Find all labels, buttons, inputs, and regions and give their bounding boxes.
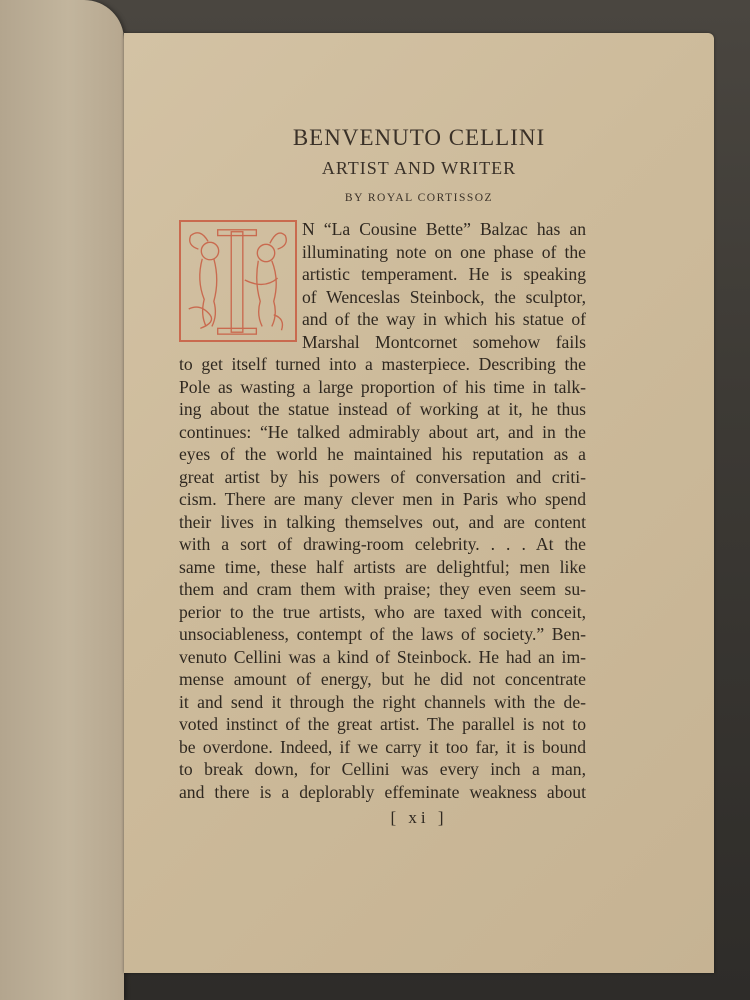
text-line: of Wenceslas Steinbock, the sculptor, [179, 286, 586, 309]
page-number: [ xi ] [124, 808, 714, 828]
left-page-edge [0, 0, 124, 1000]
page-subtitle: ARTIST AND WRITER [124, 158, 714, 179]
page-title: BENVENUTO CELLINI [124, 125, 714, 151]
text-line: perior to the true artists, who are taxe… [179, 601, 586, 624]
text-line: and there is a deplorably effeminate wea… [179, 781, 586, 804]
text-line: artistic temperament. He is speaking [179, 263, 586, 286]
text-line: venuto Cellini was a kind of Steinbock. … [179, 646, 586, 669]
text-line: and of the way in which his statue of [179, 308, 586, 331]
text-line: Marshal Montcornet somehow fails [179, 331, 586, 354]
text-line: it and send it through the right channel… [179, 691, 586, 714]
text-line: N “La Cousine Bette” Balzac has an [179, 218, 586, 241]
text-line: voted instinct of the great artist. The … [179, 713, 586, 736]
text-line: to get itself turned into a masterpiece.… [179, 353, 586, 376]
text-line: mense amount of energy, but he did not c… [179, 668, 586, 691]
text-line: same time, these half artists are deligh… [179, 556, 586, 579]
text-line: to break down, for Cellini was every inc… [179, 758, 586, 781]
text-line: them and cram them with praise; they eve… [179, 578, 586, 601]
book-page: BENVENUTO CELLINI ARTIST AND WRITER BY R… [124, 33, 714, 973]
text-line: their lives in talking themselves out, a… [179, 511, 586, 534]
text-line: with a sort of drawing-room celebrity. .… [179, 533, 586, 556]
text-line: cism. There are many clever men in Paris… [179, 488, 586, 511]
text-line: be overdone. Indeed, if we carry it too … [179, 736, 586, 759]
text-line: ing about the statue instead of working … [179, 398, 586, 421]
body-text: N “La Cousine Bette” Balzac has an illum… [179, 218, 586, 803]
text-line: eyes of the world he maintained his repu… [179, 443, 586, 466]
text-line: illuminating note on one phase of the [179, 241, 586, 264]
text-line: continues: “He talked admirably about ar… [179, 421, 586, 444]
text-line: Pole as wasting a large proportion of hi… [179, 376, 586, 399]
byline: BY ROYAL CORTISSOZ [124, 192, 714, 204]
text-line: unsociableness, contempt of the laws of … [179, 623, 586, 646]
text-line: great artist by his powers of conversati… [179, 466, 586, 489]
